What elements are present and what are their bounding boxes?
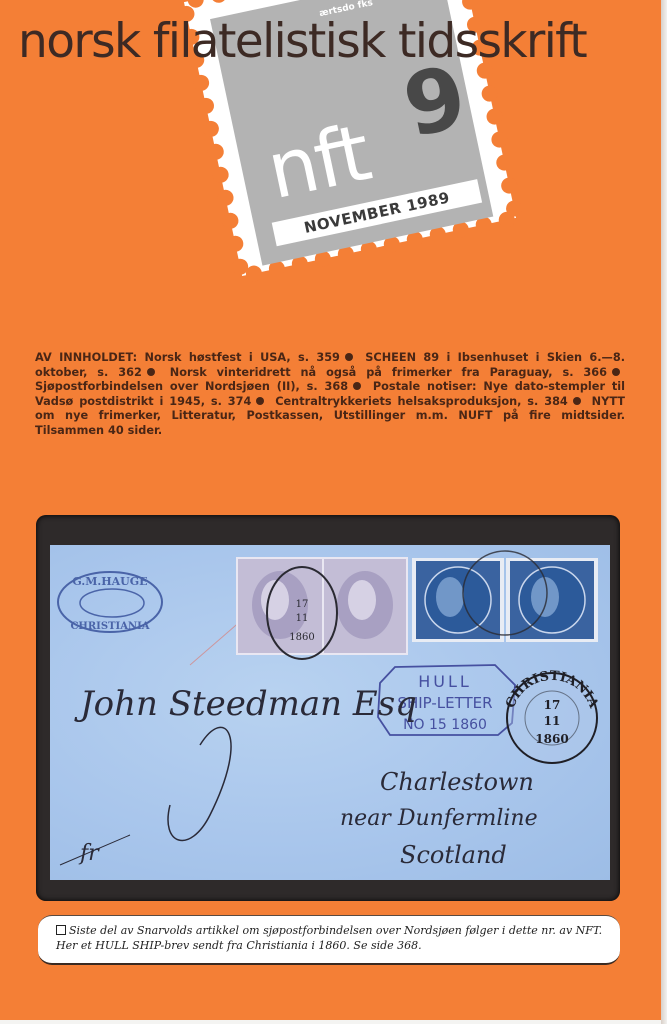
christiania-postmark: CHRISTIANIA 17 11 1860 bbox=[503, 669, 601, 763]
oval-company-stamp: G.M.HAUGE CHRISTIANIA bbox=[58, 572, 162, 632]
contents-label: AV INNHOLDET: bbox=[35, 351, 137, 364]
svg-text:HULL: HULL bbox=[418, 672, 472, 691]
photo-caption: Siste del av Snarvolds artikkel om sjøpo… bbox=[38, 915, 620, 965]
bullet-icon bbox=[256, 397, 264, 405]
svg-text:1860: 1860 bbox=[289, 632, 314, 643]
contents-item: Sjøpostforbindelsen over Nordsjøen (II),… bbox=[35, 380, 348, 393]
caption-text: Siste del av Snarvolds artikkel om sjøpo… bbox=[56, 924, 602, 952]
svg-text:CHRISTIANIA: CHRISTIANIA bbox=[70, 621, 149, 632]
bullet-icon bbox=[353, 382, 361, 390]
svg-text:11: 11 bbox=[544, 714, 561, 728]
contents-item: Norsk vinteridrett nå også på frimerker … bbox=[160, 366, 607, 379]
page-edge bbox=[661, 0, 667, 1024]
svg-text:17: 17 bbox=[544, 698, 561, 712]
bullet-icon bbox=[345, 353, 353, 361]
lilac-stamp-pair bbox=[237, 558, 407, 654]
svg-text:John Steedman Esq: John Steedman Esq bbox=[74, 684, 417, 724]
svg-text:G.M.HAUGE: G.M.HAUGE bbox=[72, 575, 147, 588]
svg-text:fr: fr bbox=[78, 841, 100, 866]
square-bullet-icon bbox=[56, 925, 66, 935]
svg-text:1860: 1860 bbox=[535, 732, 568, 746]
contents-item: Norsk høstfest i USA, s. 359 bbox=[145, 351, 340, 364]
svg-text:near Dunfermline: near Dunfermline bbox=[340, 806, 538, 831]
magazine-title: norsk filatelistisk tidsskrift bbox=[18, 18, 586, 65]
bullet-icon bbox=[573, 397, 581, 405]
cover-photo-envelope: G.M.HAUGE CHRISTIANIA bbox=[50, 545, 610, 880]
table-of-contents: AV INNHOLDET: Norsk høstfest i USA, s. 3… bbox=[35, 351, 625, 439]
contents-item: Centraltrykkeriets helsaksproduksjon, s.… bbox=[269, 395, 567, 408]
magazine-cover: ærtsdo fks nft 9 NOVEMBER 1989 norsk fil… bbox=[0, 0, 661, 1020]
svg-text:11: 11 bbox=[296, 613, 309, 624]
svg-text:Charlestown: Charlestown bbox=[380, 768, 534, 796]
svg-text:Scotland: Scotland bbox=[400, 841, 507, 869]
bullet-icon bbox=[147, 368, 155, 376]
bullet-icon bbox=[612, 368, 620, 376]
svg-text:17: 17 bbox=[296, 599, 309, 610]
blue-stamp-pair bbox=[412, 558, 598, 642]
